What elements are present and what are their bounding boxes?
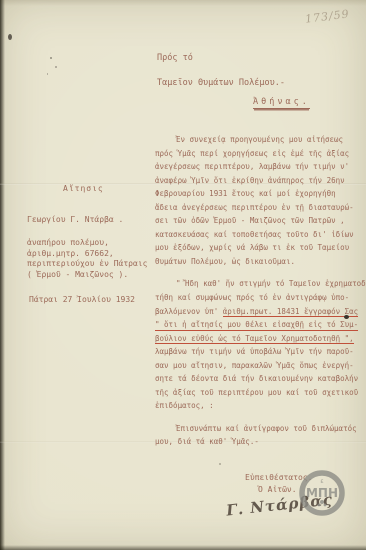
ink-blot <box>344 315 349 319</box>
applicant-details: ἀναπήρου πολέμου,ἀριθμ.μητρ. 67662,περιπ… <box>27 238 147 280</box>
body-line: σητε τά δέοντα διά τήν δικαιουμένην κατα… <box>155 372 357 386</box>
body-line: " ὅτι ἡ αἴτησίς μου θέλει εἰσαχθῇ εἰς τό… <box>155 318 357 332</box>
body-line: σει τῶν ὁδῶν Ἑρμοῦ - Μαιζῶνος τῶν Πατρῶν… <box>155 214 357 228</box>
applicant-name: Γεωργίου Γ. Ντάρβα . <box>27 215 147 225</box>
place-date-line: Πάτραι 27 Ἰουλίου 1932 <box>29 295 135 304</box>
body-line: Ἐν συνεχείᾳ προηγουμένης μου αἰτήσεως <box>155 133 357 147</box>
body-line: Ἐπισυνάπτω καί ἀντίγραφον τοῦ διπλώματός <box>155 422 357 436</box>
recipient-city: Ἀθήνας. <box>253 97 310 109</box>
svg-text:ε: ε <box>320 478 323 485</box>
body-line: κατασκευάσας καί τοποθετήσας τοῦτο δι' ἰ… <box>155 228 357 242</box>
stamp-monogram: ΜΠΗ <box>306 486 338 500</box>
body-line: ἄδεια ἀνεγέρσεως περιπτέρου ἐν τῇ διαστα… <box>155 201 357 215</box>
applicant-block: Αἴτησις Γεωργίου Γ. Ντάρβα . ἀναπήρου πο… <box>27 184 147 280</box>
recipient-tameion: Ταμεῖον Θυμάτων Πολέμου.- <box>157 78 310 88</box>
red-underlined-text: βούλιον εὐθύς ὡς τό Ταμεῖον Χρηματοδοτηθ… <box>155 334 354 345</box>
archive-number-handwritten: 173/59 <box>304 7 350 25</box>
applicant-detail: ἀριθμ.μητρ. 67662, <box>27 249 147 259</box>
body-line: πρός Ὑμᾶς περί χορηγήσεως εἰς ἐμέ τῆς ἀξ… <box>155 147 357 161</box>
body-line: ἐπιδόματος, : <box>155 399 357 413</box>
paper-speck <box>219 463 221 465</box>
body-line: βαλλόμενον ὑπ' ἀριθμ.πρωτ. 18431 ἔγγραφό… <box>155 305 357 319</box>
applicant-detail: περιπτεριούχου ἐν Πάτραις <box>27 259 147 269</box>
application-heading: Αἴτησις <box>63 184 147 194</box>
paper-speck <box>50 57 52 59</box>
body-line: " Ἤδη καθ' ἥν στιγμήν τό Ταμεῖον ἐχρηματ… <box>155 277 357 291</box>
body-line: βούλιον εὐθύς ὡς τό Ταμεῖον Χρηματοδοτηθ… <box>155 332 357 346</box>
recipient-block: Πρός τό Ταμεῖον Θυμάτων Πολέμου.- Ἀθήνας… <box>157 53 310 109</box>
applicant-detail: ἀναπήρου πολέμου, <box>27 238 147 248</box>
body-line: σαν μου αἴτησιν, παρακαλῶν Ὑμᾶς ὅπως ἐνε… <box>155 359 357 373</box>
red-underlined-text: ἀριθμ.πρωτ. 18431 ἔγγραφόν Σας <box>223 307 358 318</box>
body-line: τῆς ἀξίας τοῦ περιπτέρου μου καί τοῦ σχε… <box>155 386 357 400</box>
body-line: Θυμάτων Πολέμου, ὡς δικαιοῦμαι. <box>155 255 357 269</box>
applicant-detail: ( Ἑρμοῦ - Μαιζῶνος ). <box>27 270 147 280</box>
edge-smudge <box>8 34 12 40</box>
body-line: ἀνεγέρσεως περιπτέρου, λαμβάνω τήν τιμήν… <box>155 160 357 174</box>
paper-speck <box>55 66 57 68</box>
archive-stamp-icon: ΜΠΗ ε <box>299 470 345 516</box>
red-underlined-text: " ὅτι ἡ αἴτησίς μου θέλει εἰσαχθῇ εἰς τό… <box>155 320 358 331</box>
body-line: μου, διά τά καθ' Ὑμᾶς.- <box>155 435 357 449</box>
body-line: Φεβρουαρίου 1931 ἔτους καί μοί ἐχορηγήθη <box>155 187 357 201</box>
letter-body: Ἐν συνεχείᾳ προηγουμένης μου αἰτήσεωςπρό… <box>155 133 357 449</box>
body-line: ἀναφέρω Ὑμῖν ὅτι ἐκρίθην ἀνάπηρος τήν 26… <box>155 174 357 188</box>
recipient-pros-to: Πρός τό <box>157 53 310 63</box>
scanned-letter-page: 173/59 Πρός τό Ταμεῖον Θυμάτων Πολέμου.-… <box>0 0 366 550</box>
body-line: τήθη καί συμφώνως πρός τό ἐν ἀντιγράφῳ ὑ… <box>155 291 357 305</box>
paper-speck <box>47 73 48 75</box>
body-line: μου ἐξόδων, χωρίς νά λάβω τι ἐκ τοῦ Ταμε… <box>155 241 357 255</box>
body-line: λαμβάνω τήν τιμήν νά ὑποβάλω Ὑμῖν τήν πα… <box>155 345 357 359</box>
